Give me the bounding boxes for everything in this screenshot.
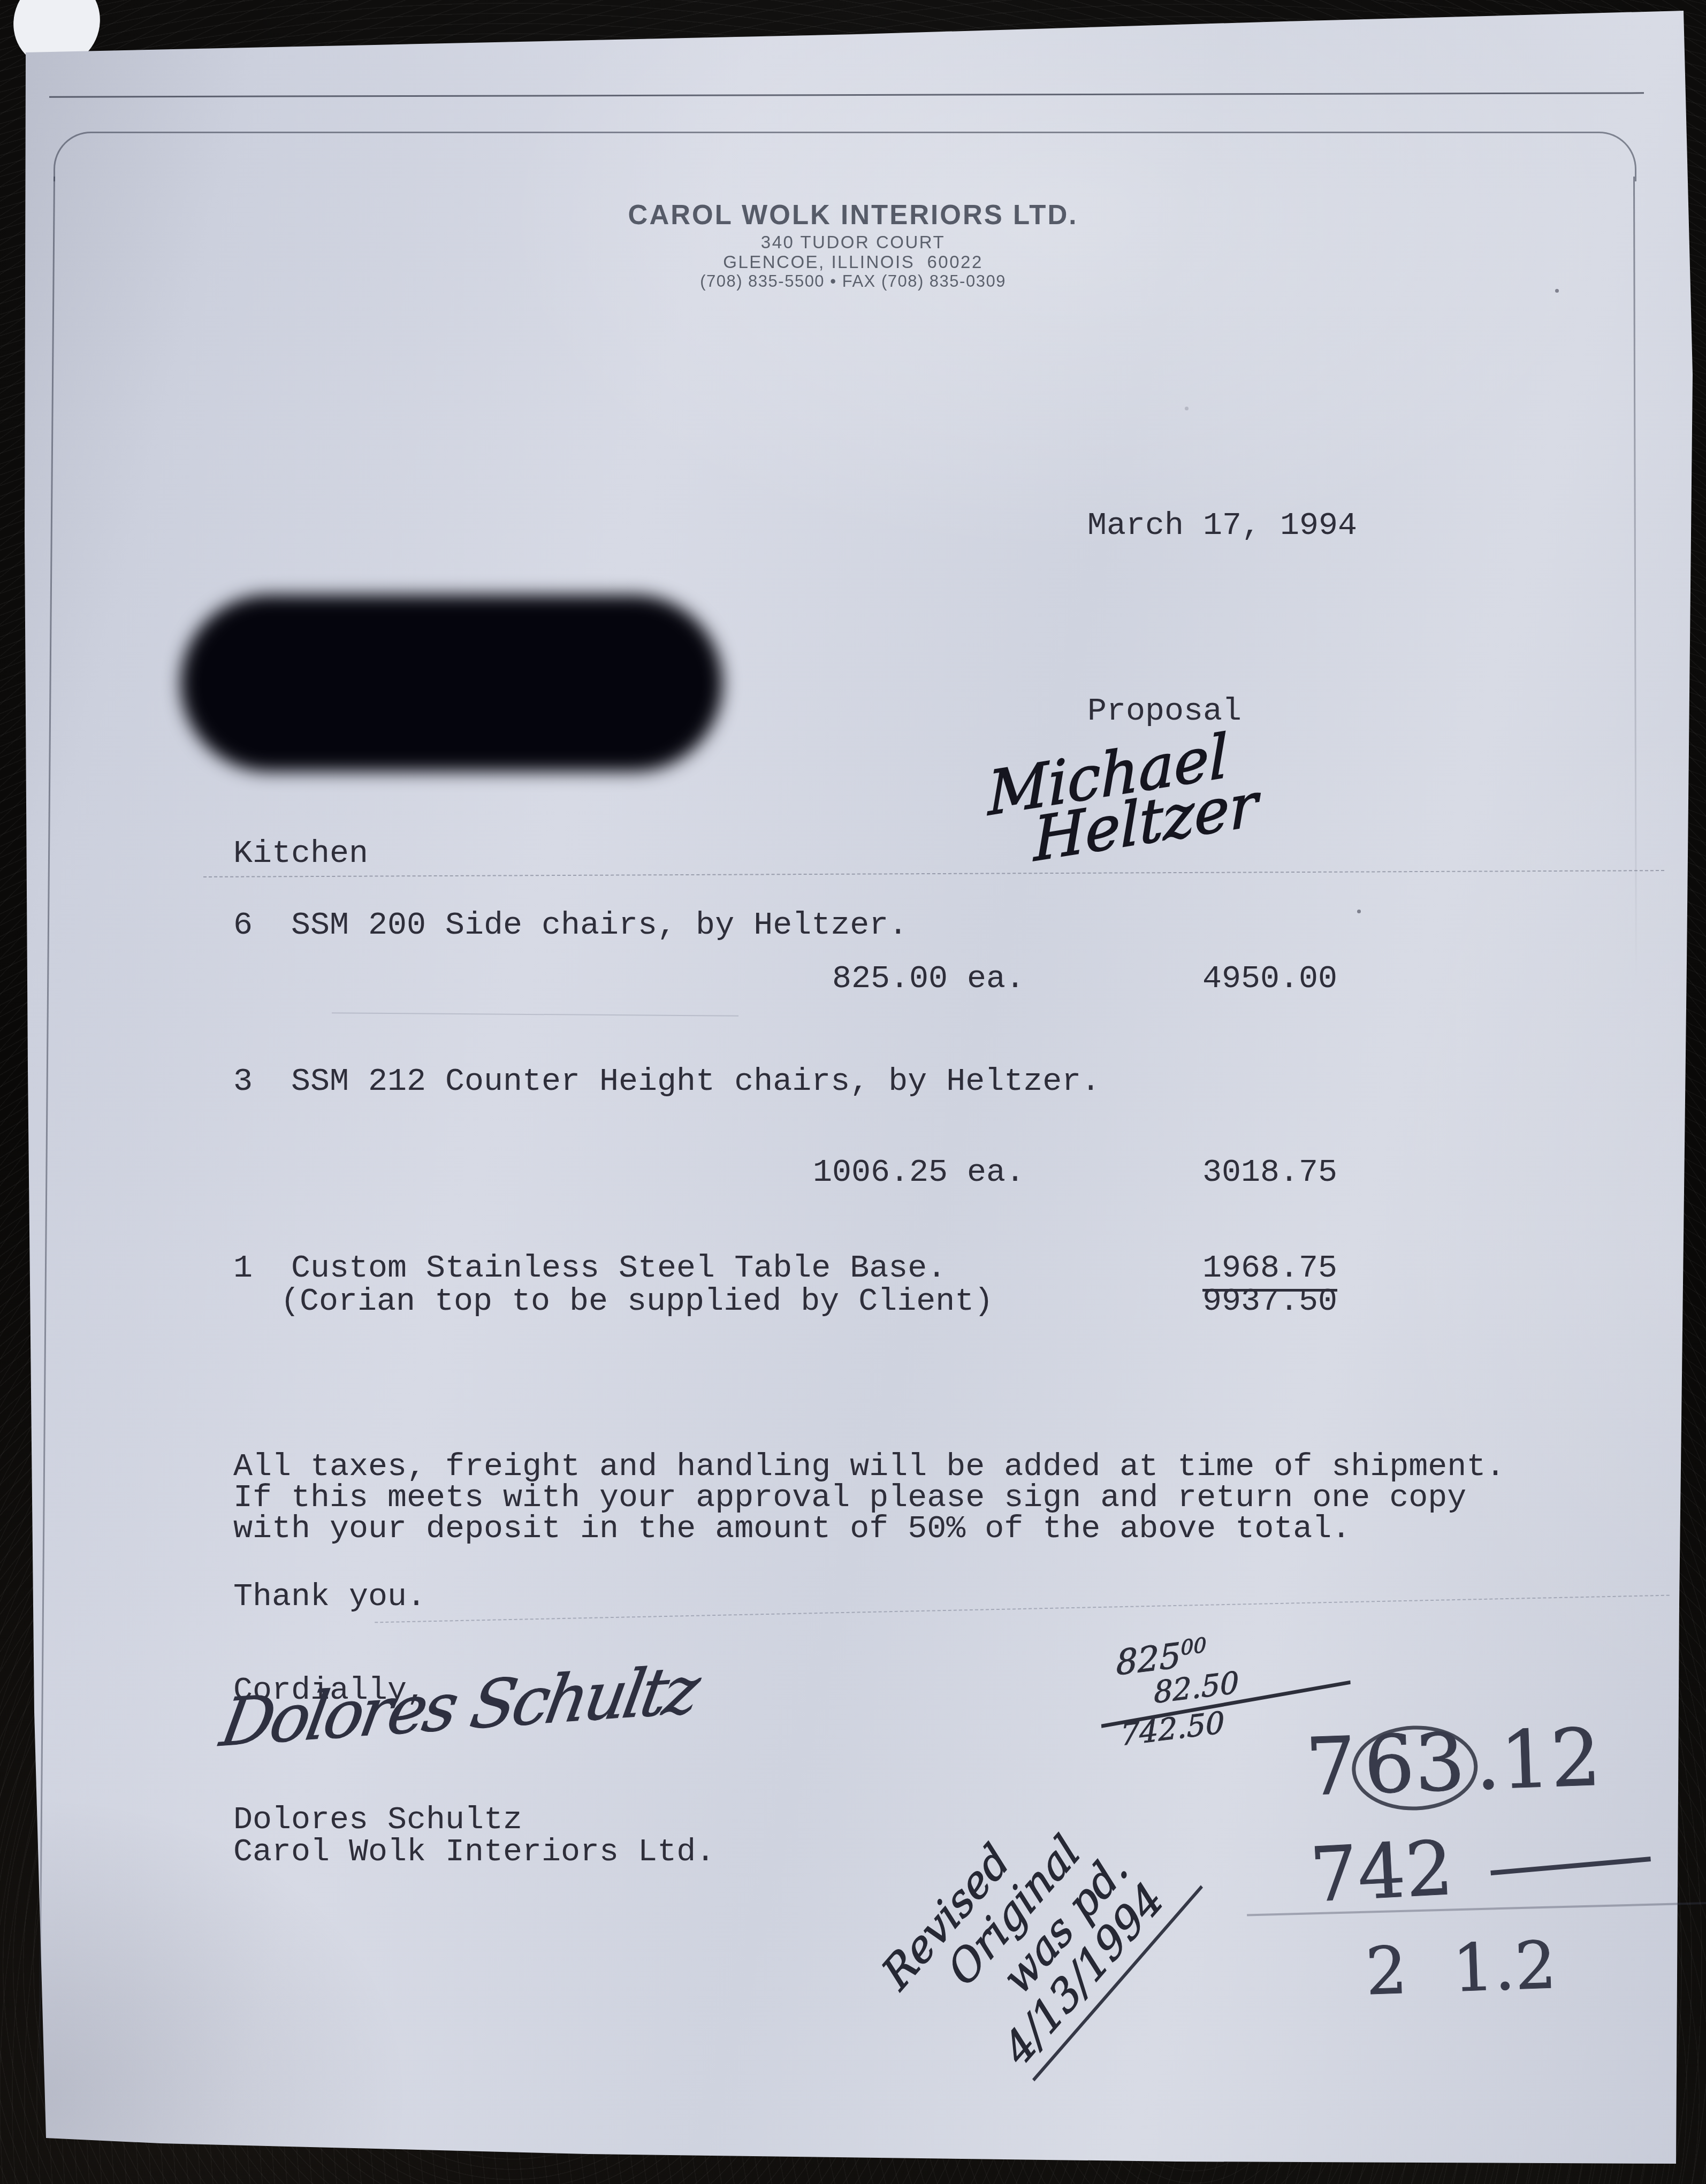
handwritten-dash (1491, 1857, 1651, 1875)
handwritten-number-1: 763.12 (1304, 1711, 1603, 1814)
handwritten-number-2: 742 (1308, 1814, 1653, 1919)
letterhead-address-line2: GLENCOE, ILLINOIS 60022 (0, 252, 1706, 272)
line-item-2-desc: SSM 212 Counter Height chairs, by Heltze… (291, 1066, 1100, 1098)
line-item-1-desc: SSM 200 Side chairs, by Heltzer. (291, 910, 908, 942)
photo-of-letter-on-desk: CAROL WOLK INTERIORS LTD. 340 TUDOR COUR… (0, 0, 1706, 2184)
redaction-block (181, 595, 722, 772)
paper-speck (1357, 910, 1361, 913)
circled-digits: 63 (1351, 1723, 1479, 1812)
letter-date: March 17, 1994 (1087, 510, 1357, 542)
handwritten-number-3: 2 1.2 (1365, 1927, 1558, 2010)
section-label-kitchen: Kitchen (233, 838, 368, 870)
line-item-3-desc: Custom Stainless Steel Table Base. (291, 1253, 946, 1285)
line-item-1-total: 4950.00 (1202, 963, 1337, 995)
letterhead-phone-fax: (708) 835-5500 • FAX (708) 835-0309 (0, 272, 1706, 291)
paper-speck (1185, 407, 1189, 410)
line-item-1-qty: 6 (233, 910, 253, 942)
letterhead-address-line1: 340 TUDOR COURT (0, 232, 1706, 253)
line-item-3-qty: 1 (233, 1253, 253, 1285)
terms-line-3: with your deposit in the amount of 50% o… (233, 1513, 1351, 1545)
calc-small-top-sup: 00 (1181, 1633, 1207, 1660)
line-item-2-unit-price: 1006.25 ea. (813, 1157, 1025, 1189)
paper-speck (1555, 289, 1559, 293)
terms-line-2: If this meets with your approval please … (233, 1482, 1466, 1514)
signer-company-typed: Carol Wolk Interiors Ltd. (233, 1836, 715, 1868)
grand-total: 9937.50 (1202, 1286, 1337, 1318)
signer-name-typed: Dolores Schultz (233, 1804, 522, 1836)
line-item-2-qty: 3 (233, 1066, 253, 1098)
thank-you-text: Thank you. (233, 1581, 426, 1613)
letterhead-company: CAROL WOLK INTERIORS LTD. (0, 199, 1706, 231)
border-box-top (54, 132, 1636, 181)
line-item-1-unit-price: 825.00 ea. (832, 963, 1025, 995)
terms-line-1: All taxes, freight and handling will be … (233, 1451, 1505, 1483)
line-item-2-total: 3018.75 (1202, 1157, 1337, 1189)
line-item-3-desc2: (Corian top to be supplied by Client) (280, 1286, 993, 1318)
